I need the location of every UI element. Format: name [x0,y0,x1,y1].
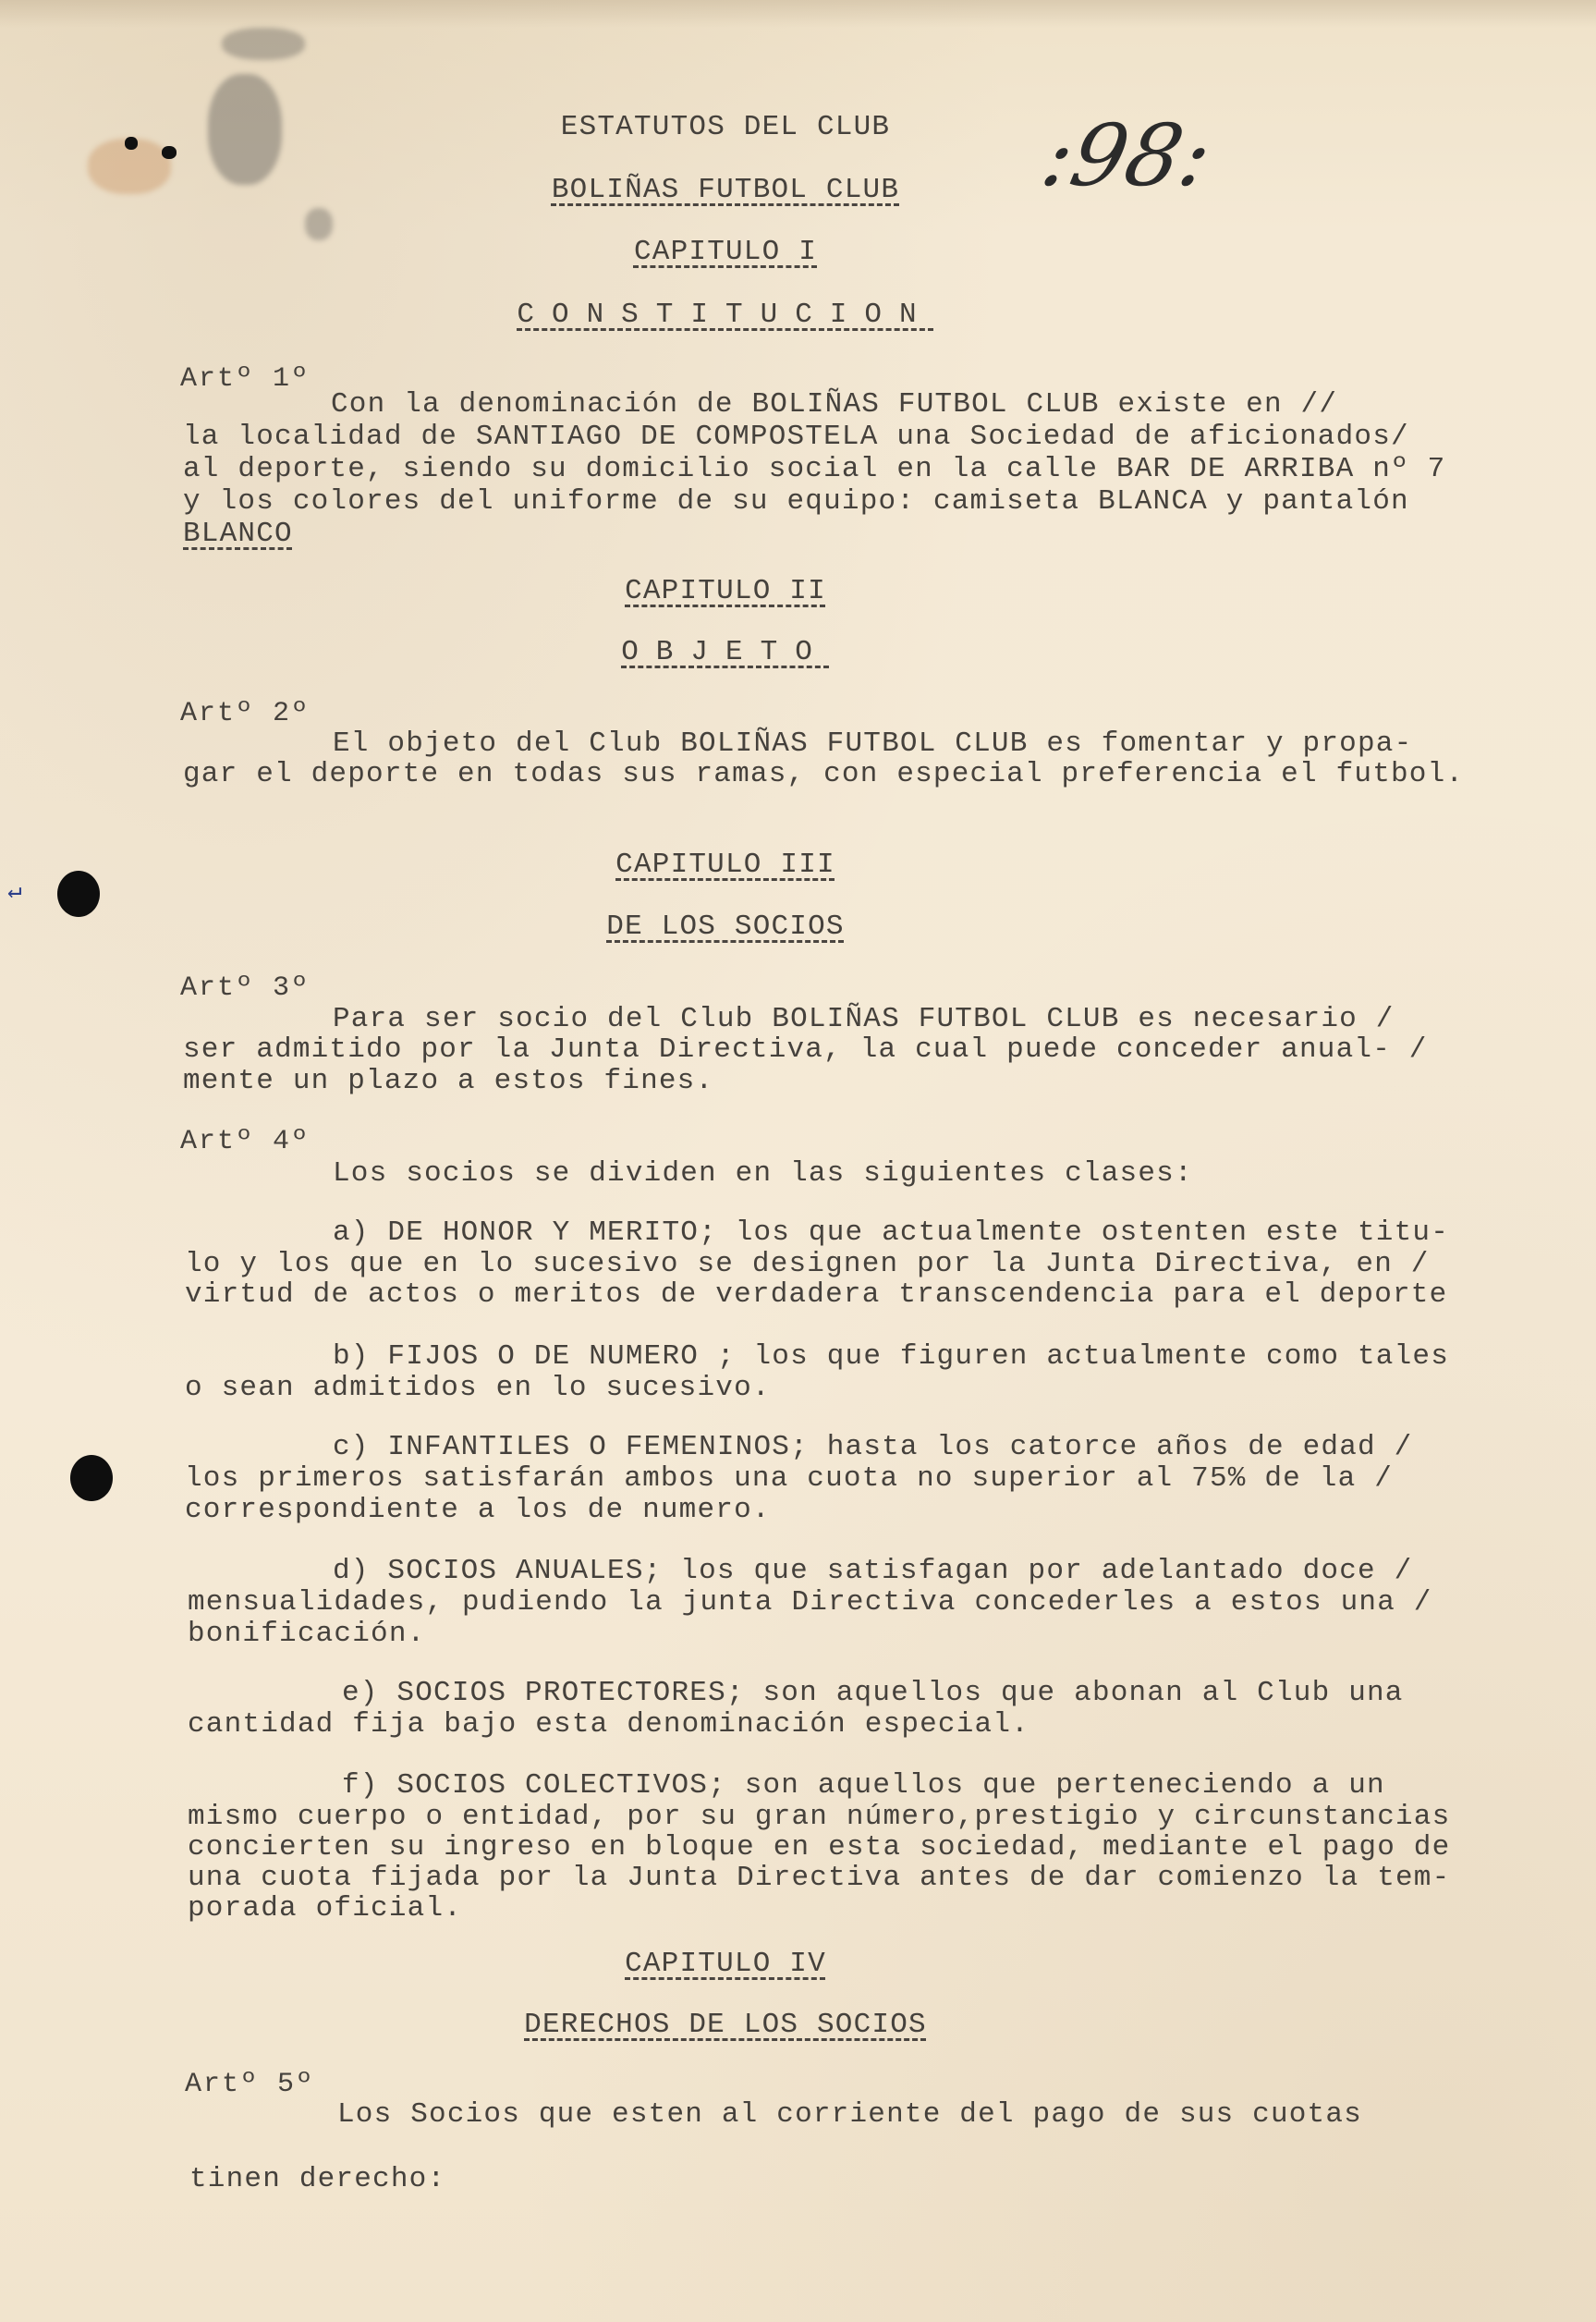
class-c-text: hasta los catorce años de edad / [827,1431,1413,1463]
class-d-letter: d) [333,1555,370,1587]
club-name-heading: BOLIÑAS FUTBOL CLUB [0,174,1451,206]
article-1-line-5-text: BLANCO [183,518,293,550]
chapter-3-heading-text: DE LOS SOCIOS [606,910,844,943]
chapter-2-heading-text: OBJETO [621,636,830,668]
chapter-2-label: CAPITULO II [0,575,1451,607]
class-b-line-1: b) FIJOS O DE NUMERO ; los que figuren a… [333,1340,1449,1373]
chapter-3-label: CAPITULO III [0,849,1451,881]
article-1-line-5: BLANCO [183,518,293,550]
class-a-line-3: virtud de actos o meritos de verdadera t… [185,1278,1447,1311]
class-e-name: SOCIOS PROTECTORES; [396,1677,744,1709]
class-b-letter: b) [333,1340,370,1373]
chapter-1-heading: CONSTITUCION [0,299,1451,331]
article-3-line-1: Para ser socio del Club BOLIÑAS FUTBOL C… [333,1003,1395,1035]
ink-smudge [222,28,305,60]
class-f-line-2: mismo cuerpo o entidad, por su gran núme… [188,1801,1450,1833]
class-d-name: SOCIOS ANUALES; [387,1555,662,1587]
blue-margin-arrow-icon: ↵ [7,876,22,905]
article-3-line-2: ser admitido por la Junta Directiva, la … [183,1033,1428,1066]
class-d-line-2: mensualidades, pudiendo la junta Directi… [188,1586,1432,1619]
club-name-text: BOLIÑAS FUTBOL CLUB [552,174,899,206]
class-a-name: DE HONOR Y MERITO; [387,1216,716,1249]
article-2-line-1: El objeto del Club BOLIÑAS FUTBOL CLUB e… [333,727,1412,760]
chapter-2-heading: OBJETO [0,636,1451,668]
class-c-letter: c) [333,1431,370,1463]
chapter-2-label-text: CAPITULO II [625,575,826,607]
chapter-1-label-text: CAPITULO I [634,236,817,268]
class-a-line-2: lo y los que en lo sucesivo se designen … [185,1248,1430,1280]
class-d-line-3: bonificación. [188,1618,425,1650]
punch-hole-upper [57,871,100,917]
article-1-line-4: y los colores del uniforme de su equipo:… [183,485,1409,518]
article-1-label: Artº 1º [180,363,310,396]
chapter-1-heading-text: CONSTITUCION [517,299,933,331]
class-f-line-3: concierten su ingreso en bloque en esta … [188,1831,1450,1864]
article-2-label: Artº 2º [180,698,310,730]
chapter-4-heading: DERECHOS DE LOS SOCIOS [0,2009,1451,2041]
chapter-3-heading: DE LOS SOCIOS [0,910,1451,943]
article-4-label: Artº 4º [180,1126,310,1158]
article-1-line-2: la localidad de SANTIAGO DE COMPOSTELA u… [183,421,1409,453]
class-b-text: los que figuren actualmente como tales [754,1340,1450,1373]
punch-hole-lower [70,1455,113,1501]
class-f-line-5: porada oficial. [188,1892,462,1925]
class-f-letter: f) [342,1769,379,1802]
class-f-line-4: una cuota fijada por la Junta Directiva … [188,1862,1450,1894]
article-3-label: Artº 3º [180,972,310,1005]
class-f-text: son aquellos que perteneciendo a un [745,1769,1385,1802]
article-5-line-2: tinen derecho: [189,2163,445,2195]
class-e-line-1: e) SOCIOS PROTECTORES; son aquellos que … [342,1677,1404,1709]
article-4-intro: Los socios se dividen en las siguientes … [333,1157,1193,1190]
class-d-line-1: d) SOCIOS ANUALES; los que satisfagan po… [333,1555,1412,1587]
class-c-line-2: los primeros satisfarán ambos una cuota … [185,1462,1393,1495]
class-d-text: los que satisfagan por adelantado doce / [680,1555,1412,1587]
article-1-line-3: al deporte, siendo su domicilio social e… [183,453,1445,485]
class-a-text: los que actualmente ostenten este titu- [736,1216,1449,1249]
chapter-1-label: CAPITULO I [0,236,1451,268]
class-e-letter: e) [342,1677,379,1709]
document-title: ESTATUTOS DEL CLUB [0,111,1451,143]
article-2-line-2: gar el deporte en todas sus ramas, con e… [183,758,1464,790]
class-c-line-1: c) INFANTILES O FEMENINOS; hasta los cat… [333,1431,1412,1463]
article-3-line-3: mente un plazo a estos fines. [183,1065,713,1097]
class-e-line-2: cantidad fija bajo esta denominación esp… [188,1708,1029,1741]
class-b-name: FIJOS O DE NUMERO ; [387,1340,735,1373]
class-c-line-3: correspondiente a los de numero. [185,1494,771,1526]
top-fold-shadow [0,0,1596,28]
chapter-3-label-text: CAPITULO III [615,849,835,881]
article-1-line-1: Con la denominación de BOLIÑAS FUTBOL CL… [331,388,1337,421]
class-e-text: son aquellos que abonan al Club una [763,1677,1404,1709]
class-a-letter: a) [333,1216,370,1249]
class-f-line-1: f) SOCIOS COLECTIVOS; son aquellos que p… [342,1769,1385,1802]
ink-smudge [162,146,177,159]
chapter-4-label-text: CAPITULO IV [625,1948,826,1980]
article-5-label: Artº 5º [185,2069,314,2101]
chapter-4-label: CAPITULO IV [0,1948,1451,1980]
chapter-4-heading-text: DERECHOS DE LOS SOCIOS [524,2009,927,2041]
class-f-name: SOCIOS COLECTIVOS; [396,1769,725,1802]
class-b-line-2: o sean admitidos en lo sucesivo. [185,1372,771,1404]
article-5-line-1: Los Socios que esten al corriente del pa… [337,2098,1362,2131]
class-a-line-1: a) DE HONOR Y MERITO; los que actualment… [333,1216,1449,1249]
class-c-name: INFANTILES O FEMENINOS; [387,1431,808,1463]
